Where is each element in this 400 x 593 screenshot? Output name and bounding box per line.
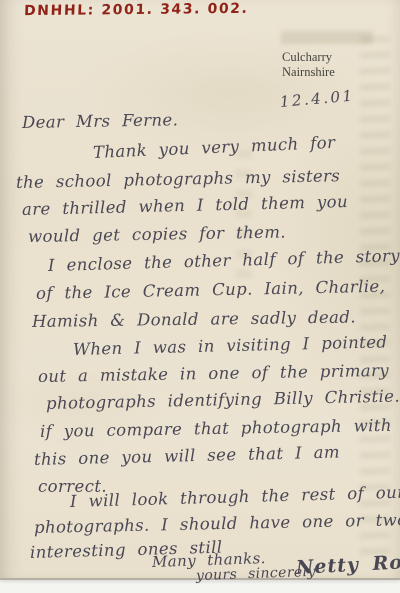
letter-body-line: photographs identifying Billy Christie. [46, 387, 400, 413]
letter-salutation: Dear Mrs Ferne. [22, 110, 179, 132]
letter-body-line: When I was in visiting I pointed [73, 332, 388, 359]
letterhead-place: Culcharry [282, 50, 335, 65]
letter-paper: DNHHL: 2001. 343. 002. Culcharry Nairnsh… [0, 0, 400, 580]
letter-body-line: this one you will see that I am [34, 443, 340, 469]
letter-body-line: I enclose the other half of the story [48, 246, 400, 275]
letter-signature: Netty Ross [295, 550, 400, 579]
letter-body-line: Thank you very much for [93, 133, 336, 162]
letter-body-line: if you compare that photograph with [40, 416, 392, 441]
letter-scan: DNHHL: 2001. 343. 002. Culcharry Nairnsh… [0, 0, 400, 593]
bleed-through-smudge [281, 31, 373, 44]
letter-body-line: the school photographs my sisters [16, 166, 341, 192]
letter-body-line: Hamish & Donald are sadly dead. [32, 307, 356, 331]
letter-body-line: I will look through the rest of our [70, 483, 400, 511]
letter-body-line: of the Ice Cream Cup. Iain, Charlie, [36, 277, 386, 303]
letterhead-county: Nairnshire [282, 65, 335, 80]
accession-number: DNHHL: 2001. 343. 002. [24, 1, 249, 19]
letter-body-line: out a mistake in one of the primary [38, 361, 389, 386]
letter-date: 12.4.01 [279, 87, 355, 111]
letter-body-line: photographs. I should have one or two [34, 510, 400, 537]
letter-body-line: are thrilled when I told them you [22, 192, 348, 219]
letterhead: Culcharry Nairnshire [282, 50, 335, 79]
